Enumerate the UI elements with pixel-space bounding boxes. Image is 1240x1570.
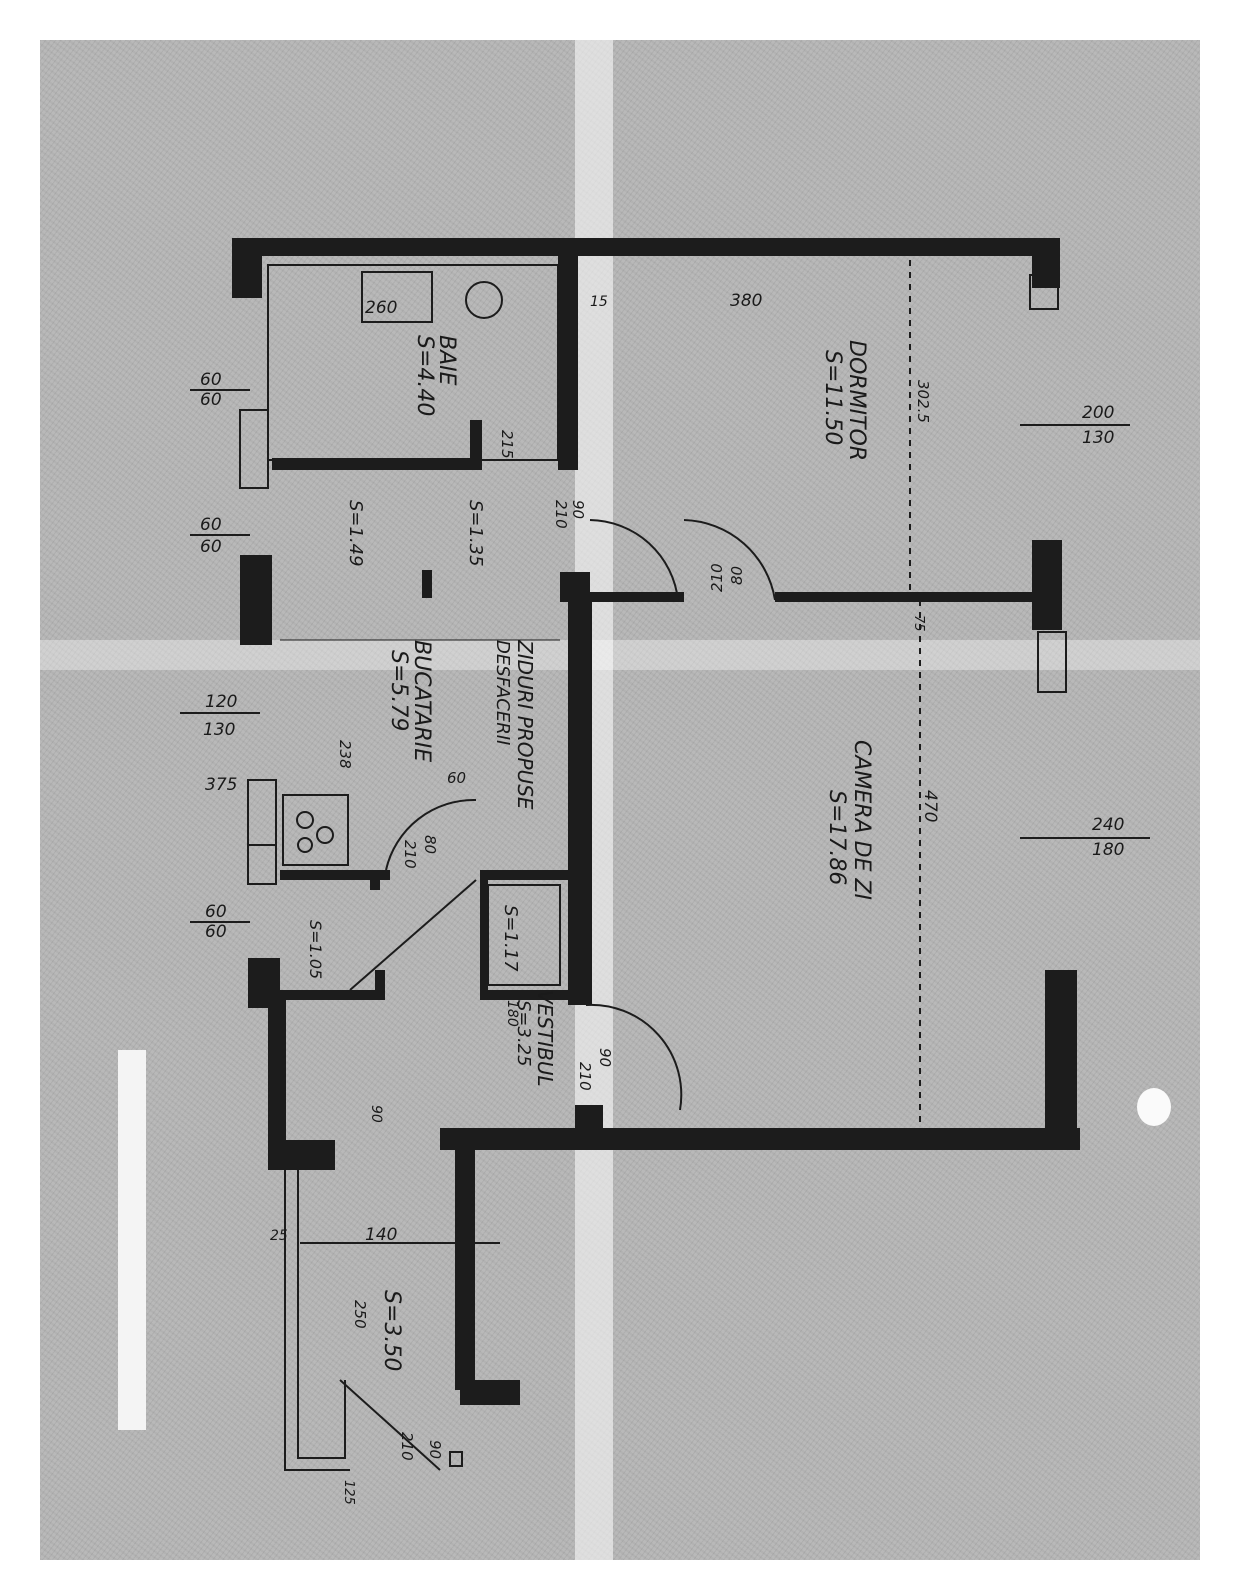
dim-window-left2-b: 60 — [200, 537, 222, 557]
dim-kitchen-depth: 238 — [336, 740, 354, 769]
dim-90: 90 — [368, 1105, 384, 1123]
room-area-cam-mica: S=1.05 — [306, 920, 325, 979]
room-area-bucatarie: S=5.79 — [386, 650, 411, 731]
dim-door-living-h: 210 — [576, 1062, 594, 1091]
dim-window-left4-b: 60 — [205, 922, 227, 942]
room-area-hol: S=1.35 — [465, 500, 486, 567]
annotation-line2: DESFACERII — [492, 640, 513, 745]
dim-75: 75 — [911, 615, 926, 632]
dim-living-depth: 470 — [920, 790, 940, 822]
dim-window-left1-b: 60 — [200, 390, 222, 410]
floor-plan-drawing: BAIE S=4.40 DORMITOR S=11.50 CAMERA DE Z… — [0, 0, 1240, 1570]
dim-dormitor-offset: 15 — [590, 294, 608, 310]
dim-door-balcon-w: 90 — [426, 1440, 444, 1459]
dim-door-balcon-h: 210 — [398, 1432, 416, 1461]
dim-window-left3-a: 120 — [205, 692, 237, 712]
dim-180: 180 — [504, 1000, 520, 1027]
dim-dormitor-depth: 302.5 — [914, 380, 932, 423]
dim-window-right-bottom-a: 240 — [1092, 815, 1124, 835]
room-label-vestibul: VESTIBUL — [533, 990, 557, 1087]
dim-250: 250 — [351, 1300, 369, 1329]
dim-window-left1-a: 60 — [200, 370, 222, 390]
dim-60: 60 — [447, 769, 466, 787]
dim-door-kitchen-w: 80 — [421, 835, 439, 854]
room-area-dormitor: S=11.50 — [820, 350, 845, 445]
dim-window-right-bottom-b: 180 — [1092, 840, 1124, 860]
dim-door-dorm-h: 210 — [708, 563, 726, 592]
dim-door-living-w: 90 — [596, 1048, 614, 1067]
room-area-balcon: S=3.50 — [379, 1290, 404, 1371]
dim-140: 140 — [365, 1225, 397, 1245]
dim-door-dorm-w: 80 — [728, 566, 746, 585]
annotation-line1: ZIDURI PROPUSE — [513, 639, 537, 810]
room-label-bucatarie: BUCATARIE — [409, 640, 434, 762]
dim-window-left3-b: 130 — [203, 720, 235, 740]
dim-125: 125 — [341, 1480, 356, 1505]
room-area-camera-de-zi: S=17.86 — [824, 790, 849, 885]
dim-baie-fixture: 260 — [365, 298, 397, 318]
room-label-dormitor: DORMITOR — [844, 340, 869, 461]
room-area-debara: S=1.49 — [345, 500, 366, 567]
dim-window-left4-a: 60 — [205, 902, 227, 922]
floor-plan-sheet: BAIE S=4.40 DORMITOR S=11.50 CAMERA DE Z… — [0, 0, 1240, 1570]
dim-window-left2-a: 60 — [200, 515, 222, 535]
room-label-camera-de-zi: CAMERA DE ZI — [849, 740, 874, 900]
dim-door-hol-w: 90 — [569, 500, 587, 519]
dim-25: 25 — [270, 1228, 288, 1244]
dim-door-baie: 215 — [498, 430, 516, 459]
dim-door-kitchen-h: 210 — [401, 840, 419, 869]
dim-dormitor-width: 380 — [730, 291, 762, 311]
dim-window-right-top-a: 200 — [1082, 403, 1114, 423]
room-area-baie: S=4.40 — [412, 335, 437, 416]
dim-window-right-top-b: 130 — [1082, 428, 1114, 448]
dim-door-hol-h: 210 — [552, 500, 570, 529]
dim-375: 375 — [205, 775, 237, 795]
room-area-camara: S=1.17 — [500, 905, 521, 972]
